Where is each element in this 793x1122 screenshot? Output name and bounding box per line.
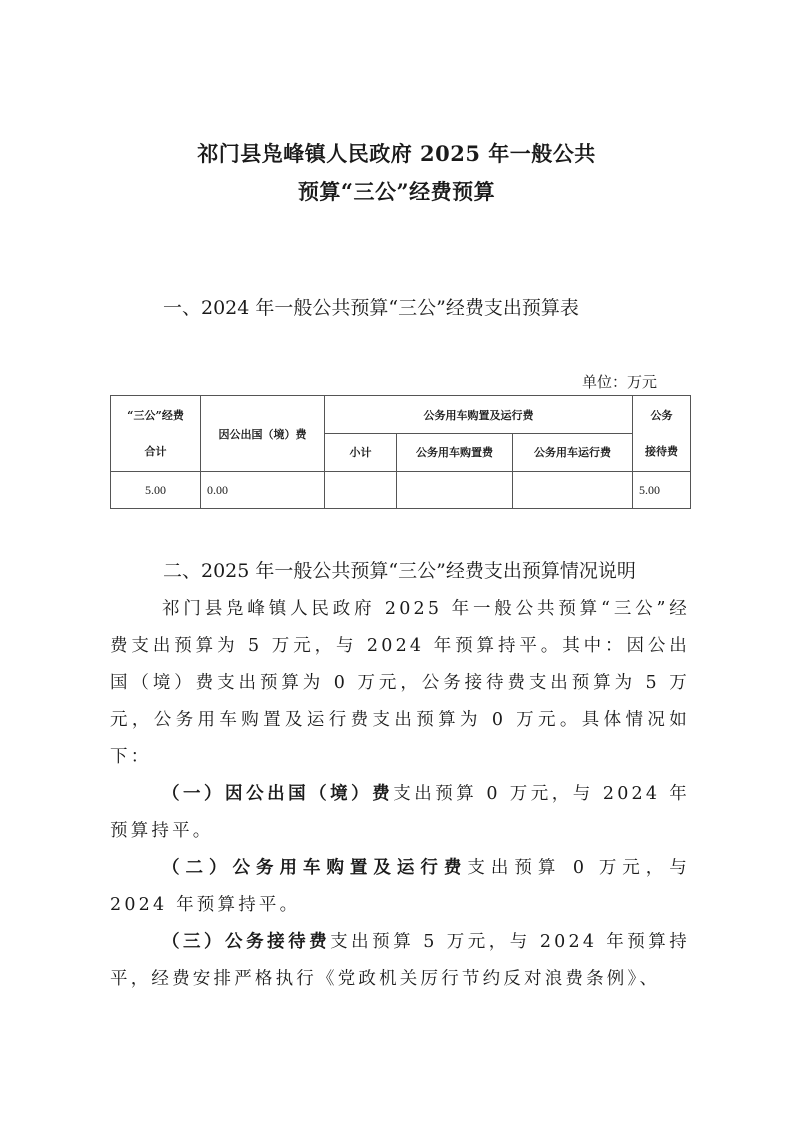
item-2-title: （二）公务用车购置及运行费 xyxy=(162,858,467,878)
item-3-title: （三）公务接待费 xyxy=(162,932,330,952)
cell-vehicle-purchase xyxy=(397,472,513,509)
cell-reception: 5.00 xyxy=(633,472,691,509)
header-reception-line-2: 接待费 xyxy=(633,434,690,470)
document-title-line-2: 预算“三公”经费预算 xyxy=(0,176,793,206)
header-vehicle-purchase: 公务用车购置费 xyxy=(397,434,513,472)
header-reception: 公务 接待费 xyxy=(633,396,691,472)
cell-abroad: 0.00 xyxy=(201,472,325,509)
item-1-title: （一）因公出国（境）费 xyxy=(162,784,393,804)
cell-vehicle-subtotal xyxy=(325,472,397,509)
cell-vehicle-operation xyxy=(513,472,633,509)
table-row: 5.00 0.00 5.00 xyxy=(111,472,691,509)
header-total: “三公”经费 合计 xyxy=(111,396,201,472)
cell-total: 5.00 xyxy=(111,472,201,509)
header-vehicle-operation: 公务用车运行费 xyxy=(513,434,633,472)
three-public-expenses-table: “三公”经费 合计 因公出国（境）费 公务用车购置及运行费 公务 接待费 小计 … xyxy=(110,395,691,509)
header-reception-line-1: 公务 xyxy=(633,398,690,434)
item-3-paragraph: （三）公务接待费支出预算 5 万元，与 2024 年预算持平，经费安排严格执行《… xyxy=(110,924,690,998)
header-vehicle-subtotal: 小计 xyxy=(325,434,397,472)
header-total-line-1: “三公”经费 xyxy=(111,398,200,434)
section-2-heading: 二、2025 年一般公共预算“三公”经费支出预算情况说明 xyxy=(163,556,636,583)
header-abroad: 因公出国（境）费 xyxy=(201,396,325,472)
summary-paragraph: 祁门县凫峰镇人民政府 2025 年一般公共预算“三公”经费支出预算为 5 万元，… xyxy=(110,591,690,776)
document-title-line-1: 祁门县凫峰镇人民政府 2025 年一般公共 xyxy=(0,138,793,168)
unit-label: 单位：万元 xyxy=(582,371,657,392)
header-total-line-2: 合计 xyxy=(111,434,200,470)
item-2-paragraph: （二）公务用车购置及运行费支出预算 0 万元，与 2024 年预算持平。 xyxy=(110,850,690,924)
item-1-paragraph: （一）因公出国（境）费支出预算 0 万元，与 2024 年预算持平。 xyxy=(110,776,690,850)
section-1-heading: 一、2024 年一般公共预算“三公”经费支出预算表 xyxy=(163,293,579,320)
header-vehicle-group: 公务用车购置及运行费 xyxy=(325,396,633,434)
